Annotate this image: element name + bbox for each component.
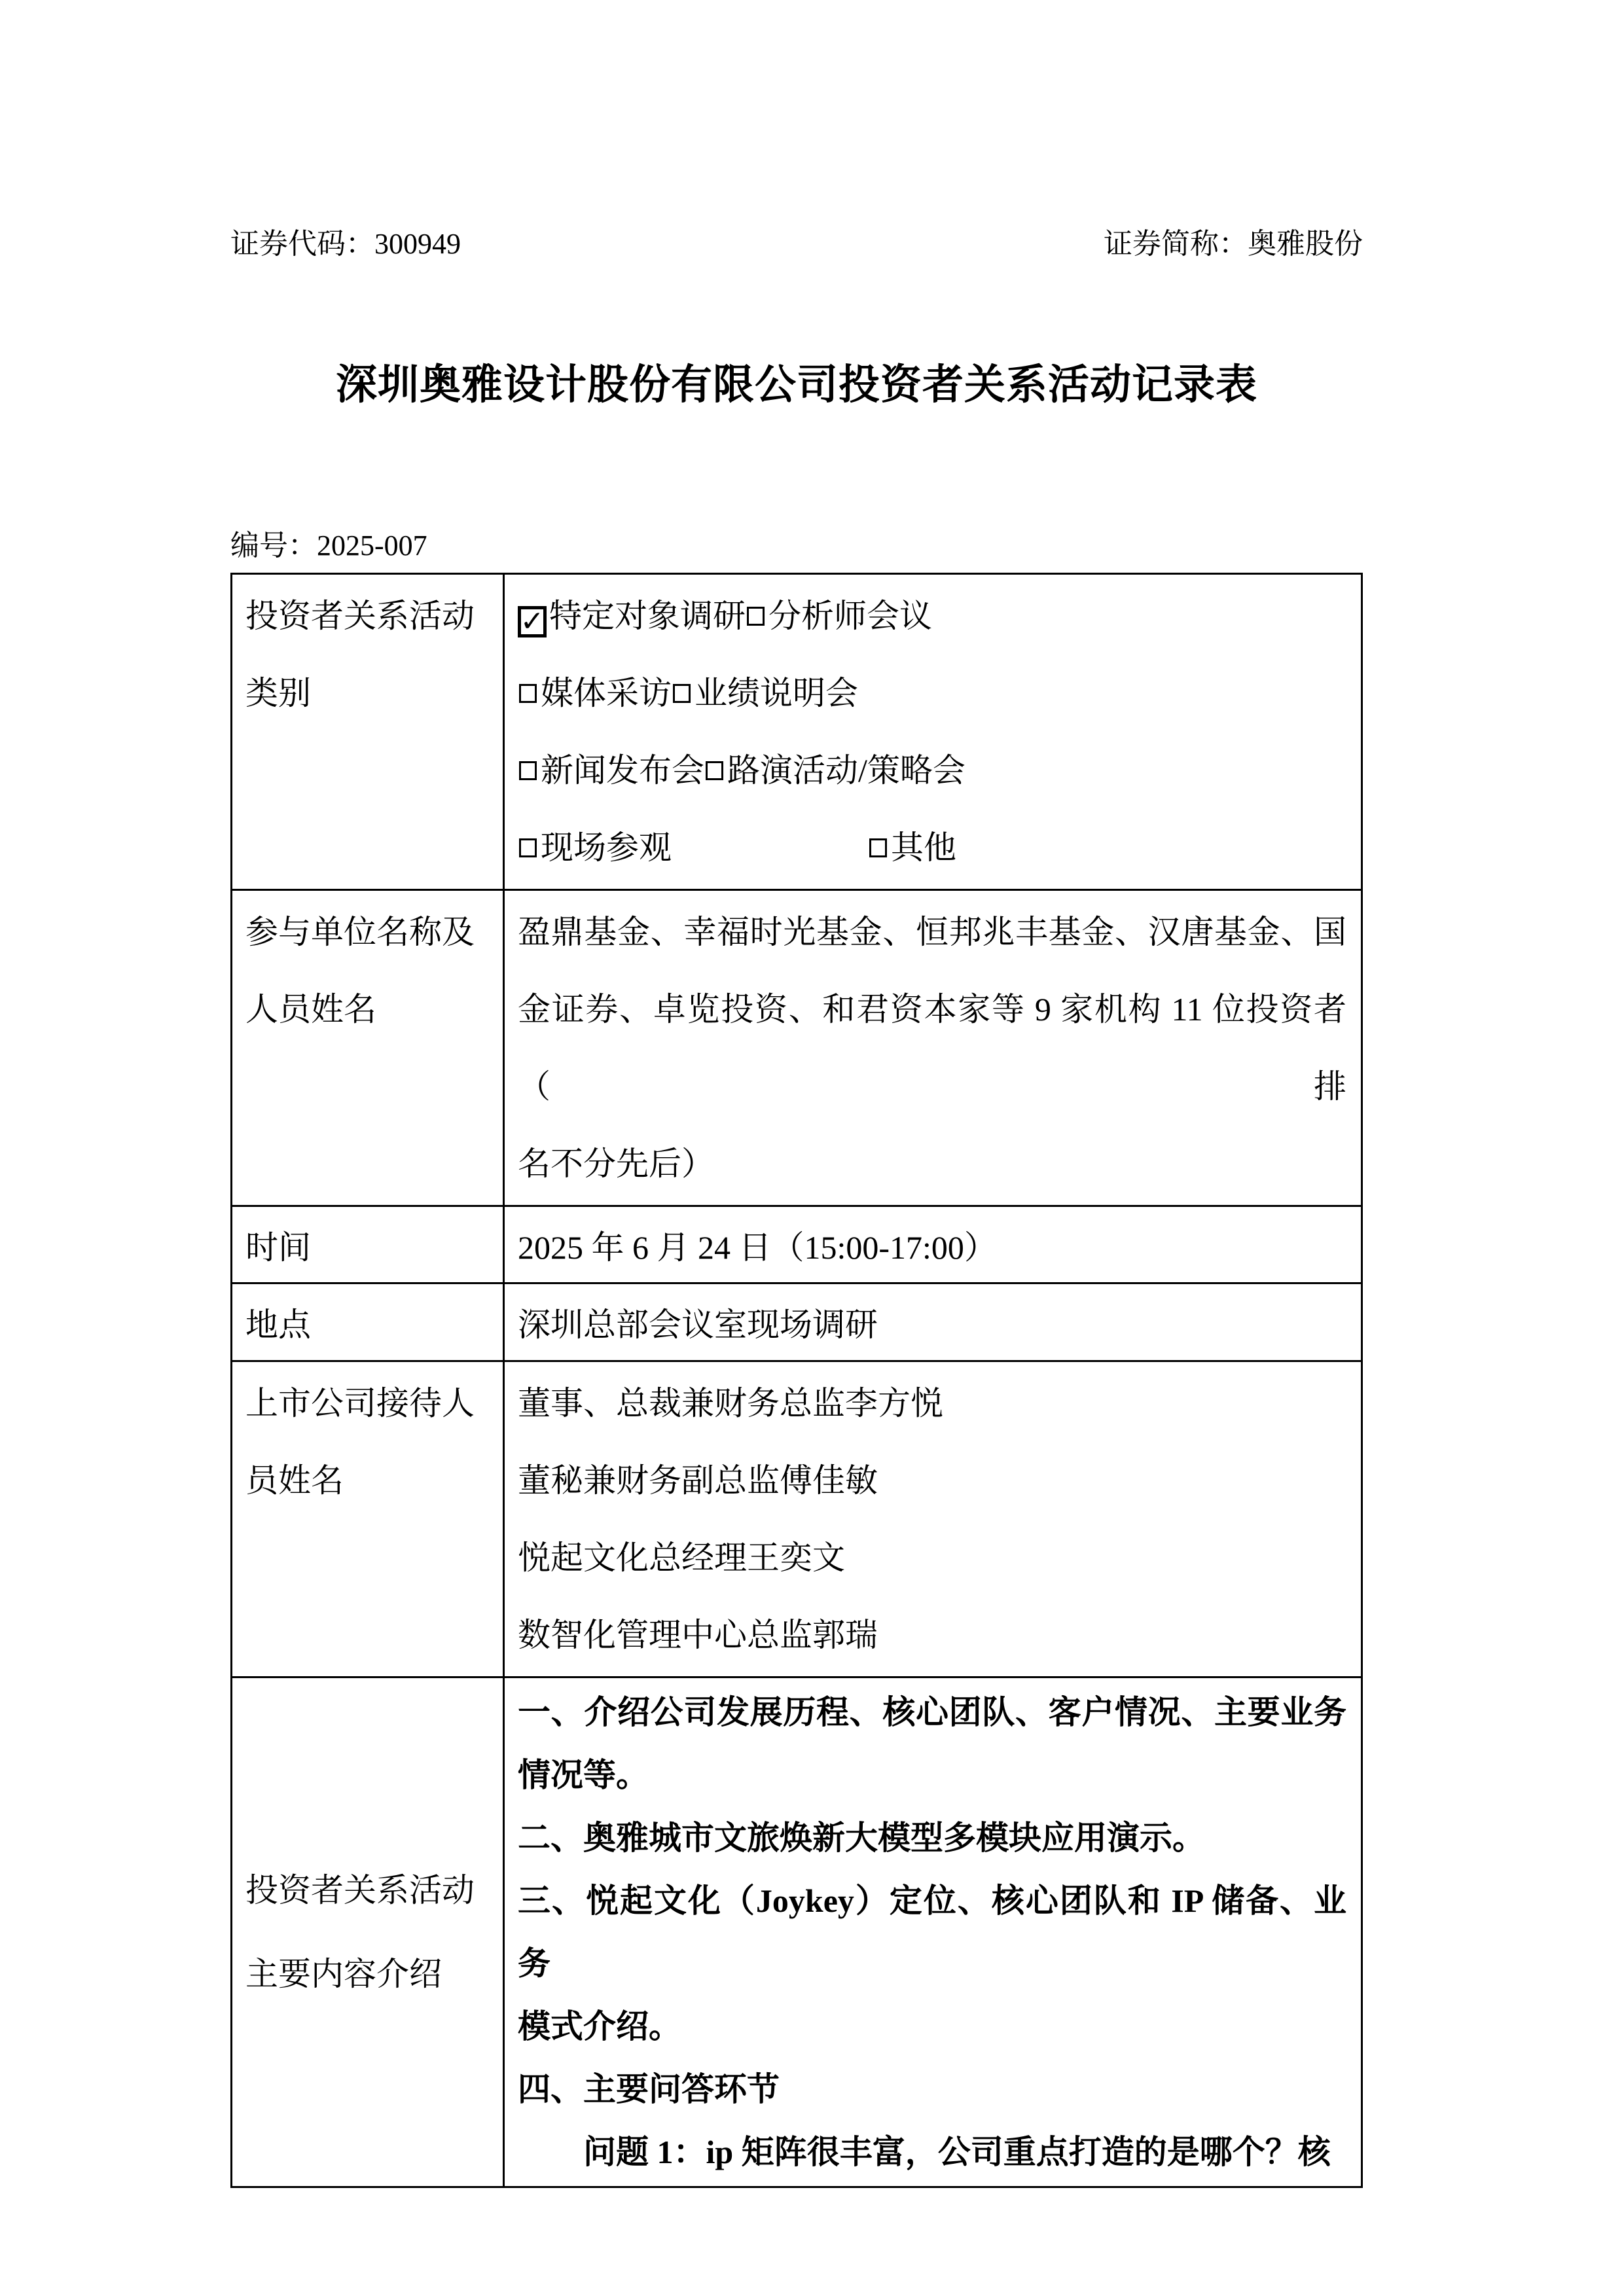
label-line: 投资者关系活动 [245, 1848, 488, 1932]
checkbox-icon [747, 607, 765, 626]
option-label: 媒体采访 [541, 675, 672, 711]
document-page: 证券代码：300949 证券简称：奥雅股份 深圳奥雅设计股份有限公司投资者关系活… [0, 0, 1624, 2296]
label-line: 类别 [245, 655, 488, 732]
option-label: 现场参观 [541, 829, 672, 866]
participants-value: 盈鼎基金、幸福时光基金、恒邦兆丰基金、汉唐基金、国 金证券、卓览投资、和君资本家… [504, 890, 1362, 1206]
location-value: 深圳总部会议室现场调研 [504, 1283, 1362, 1361]
stock-code: 证券代码：300949 [230, 226, 461, 262]
text-line: 董秘兼财务副总监傅佳敏 [518, 1442, 1346, 1519]
text-line: 一、介绍公司发展历程、核心团队、客户情况、主要业务 [518, 1681, 1346, 1744]
row-time: 时间 2025 年 6 月 24 日（15:00-17:00） [232, 1206, 1362, 1283]
option-label: 其他 [891, 829, 956, 866]
text-line: 悦起文化总经理王奕文 [518, 1519, 1346, 1596]
stock-short-name: 证券简称：奥雅股份 [1104, 226, 1363, 262]
label-line: 上市公司接待人 [245, 1365, 488, 1442]
content-intro-label: 投资者关系活动 主要内容介绍 [232, 1677, 504, 2187]
option-label: 新闻发布会 [541, 752, 704, 789]
checkbox-icon [519, 684, 537, 703]
hosts-value: 董事、总裁兼财务总监李方悦 董秘兼财务副总监傅佳敏 悦起文化总经理王奕文 数智化… [504, 1361, 1362, 1677]
option-line: 媒体采访业绩说明会 [518, 655, 1346, 732]
checkbox-icon [519, 838, 537, 857]
row-location: 地点 深圳总部会议室现场调研 [232, 1283, 1362, 1361]
location-label: 地点 [232, 1283, 504, 1361]
text-line: 问题 1：ip 矩阵很丰富，公司重点打造的是哪个？核 [518, 2121, 1346, 2183]
record-table: 投资者关系活动 类别 ✓特定对象调研分析师会议 媒体采访业绩说明会 新闻发布会路… [230, 573, 1363, 2188]
text-line: 盈鼎基金、幸福时光基金、恒邦兆丰基金、汉唐基金、国 [518, 893, 1346, 971]
row-hosts: 上市公司接待人 员姓名 董事、总裁兼财务总监李方悦 董秘兼财务副总监傅佳敏 悦起… [232, 1361, 1362, 1677]
checkbox-icon [706, 761, 723, 780]
text-line: 数智化管理中心总监郭瑞 [518, 1596, 1346, 1674]
activity-type-value: ✓特定对象调研分析师会议 媒体采访业绩说明会 新闻发布会路演活动/策略会 现场参… [504, 574, 1362, 890]
option-label: 特定对象调研 [549, 598, 746, 634]
label-line: 主要内容介绍 [245, 1932, 488, 2016]
activity-type-label: 投资者关系活动 类别 [232, 574, 504, 890]
label-line: 参与单位名称及 [245, 893, 488, 971]
text-line: 金证券、卓览投资、和君资本家等 9 家机构 11 位投资者（排 [518, 971, 1346, 1125]
text-line: 董事、总裁兼财务总监李方悦 [518, 1365, 1346, 1442]
text-line: 名不分先后） [518, 1125, 1346, 1202]
option-label: 分析师会议 [768, 598, 932, 634]
row-content-intro: 投资者关系活动 主要内容介绍 一、介绍公司发展历程、核心团队、客户情况、主要业务… [232, 1677, 1362, 2187]
checkbox-icon [869, 838, 887, 857]
option-line: 现场参观其他 [518, 809, 1346, 886]
hosts-label: 上市公司接待人 员姓名 [232, 1361, 504, 1677]
option-label: 业绩说明会 [695, 675, 858, 711]
securities-header: 证券代码：300949 证券简称：奥雅股份 [230, 226, 1363, 262]
content-intro-value: 一、介绍公司发展历程、核心团队、客户情况、主要业务 情况等。 二、奥雅城市文旅焕… [504, 1677, 1362, 2187]
time-label: 时间 [232, 1206, 504, 1283]
label-line: 员姓名 [245, 1442, 488, 1519]
participants-label: 参与单位名称及 人员姓名 [232, 890, 504, 1206]
row-participants: 参与单位名称及 人员姓名 盈鼎基金、幸福时光基金、恒邦兆丰基金、汉唐基金、国 金… [232, 890, 1362, 1206]
text-line: 四、主要问答环节 [518, 2058, 1346, 2121]
text-line: 二、奥雅城市文旅焕新大模型多模块应用演示。 [518, 1806, 1346, 1869]
checkbox-icon [519, 761, 537, 780]
text-line: 三、悦起文化（Joykey）定位、核心团队和 IP 储备、业务 [518, 1869, 1346, 1995]
option-label: 路演活动/策略会 [727, 752, 965, 789]
option-line: ✓特定对象调研分析师会议 [518, 577, 1346, 655]
checkbox-checked-icon: ✓ [518, 606, 547, 637]
text-line: 模式介绍。 [518, 1995, 1346, 2058]
checkbox-icon [673, 684, 691, 703]
row-activity-type: 投资者关系活动 类别 ✓特定对象调研分析师会议 媒体采访业绩说明会 新闻发布会路… [232, 574, 1362, 890]
text-line: 情况等。 [518, 1744, 1346, 1806]
doc-number: 编号：2025-007 [230, 527, 1363, 565]
time-value: 2025 年 6 月 24 日（15:00-17:00） [504, 1206, 1362, 1283]
label-line: 人员姓名 [245, 971, 488, 1048]
label-line: 投资者关系活动 [245, 577, 488, 655]
option-line: 新闻发布会路演活动/策略会 [518, 732, 1346, 809]
document-title: 深圳奥雅设计股份有限公司投资者关系活动记录表 [230, 359, 1363, 410]
